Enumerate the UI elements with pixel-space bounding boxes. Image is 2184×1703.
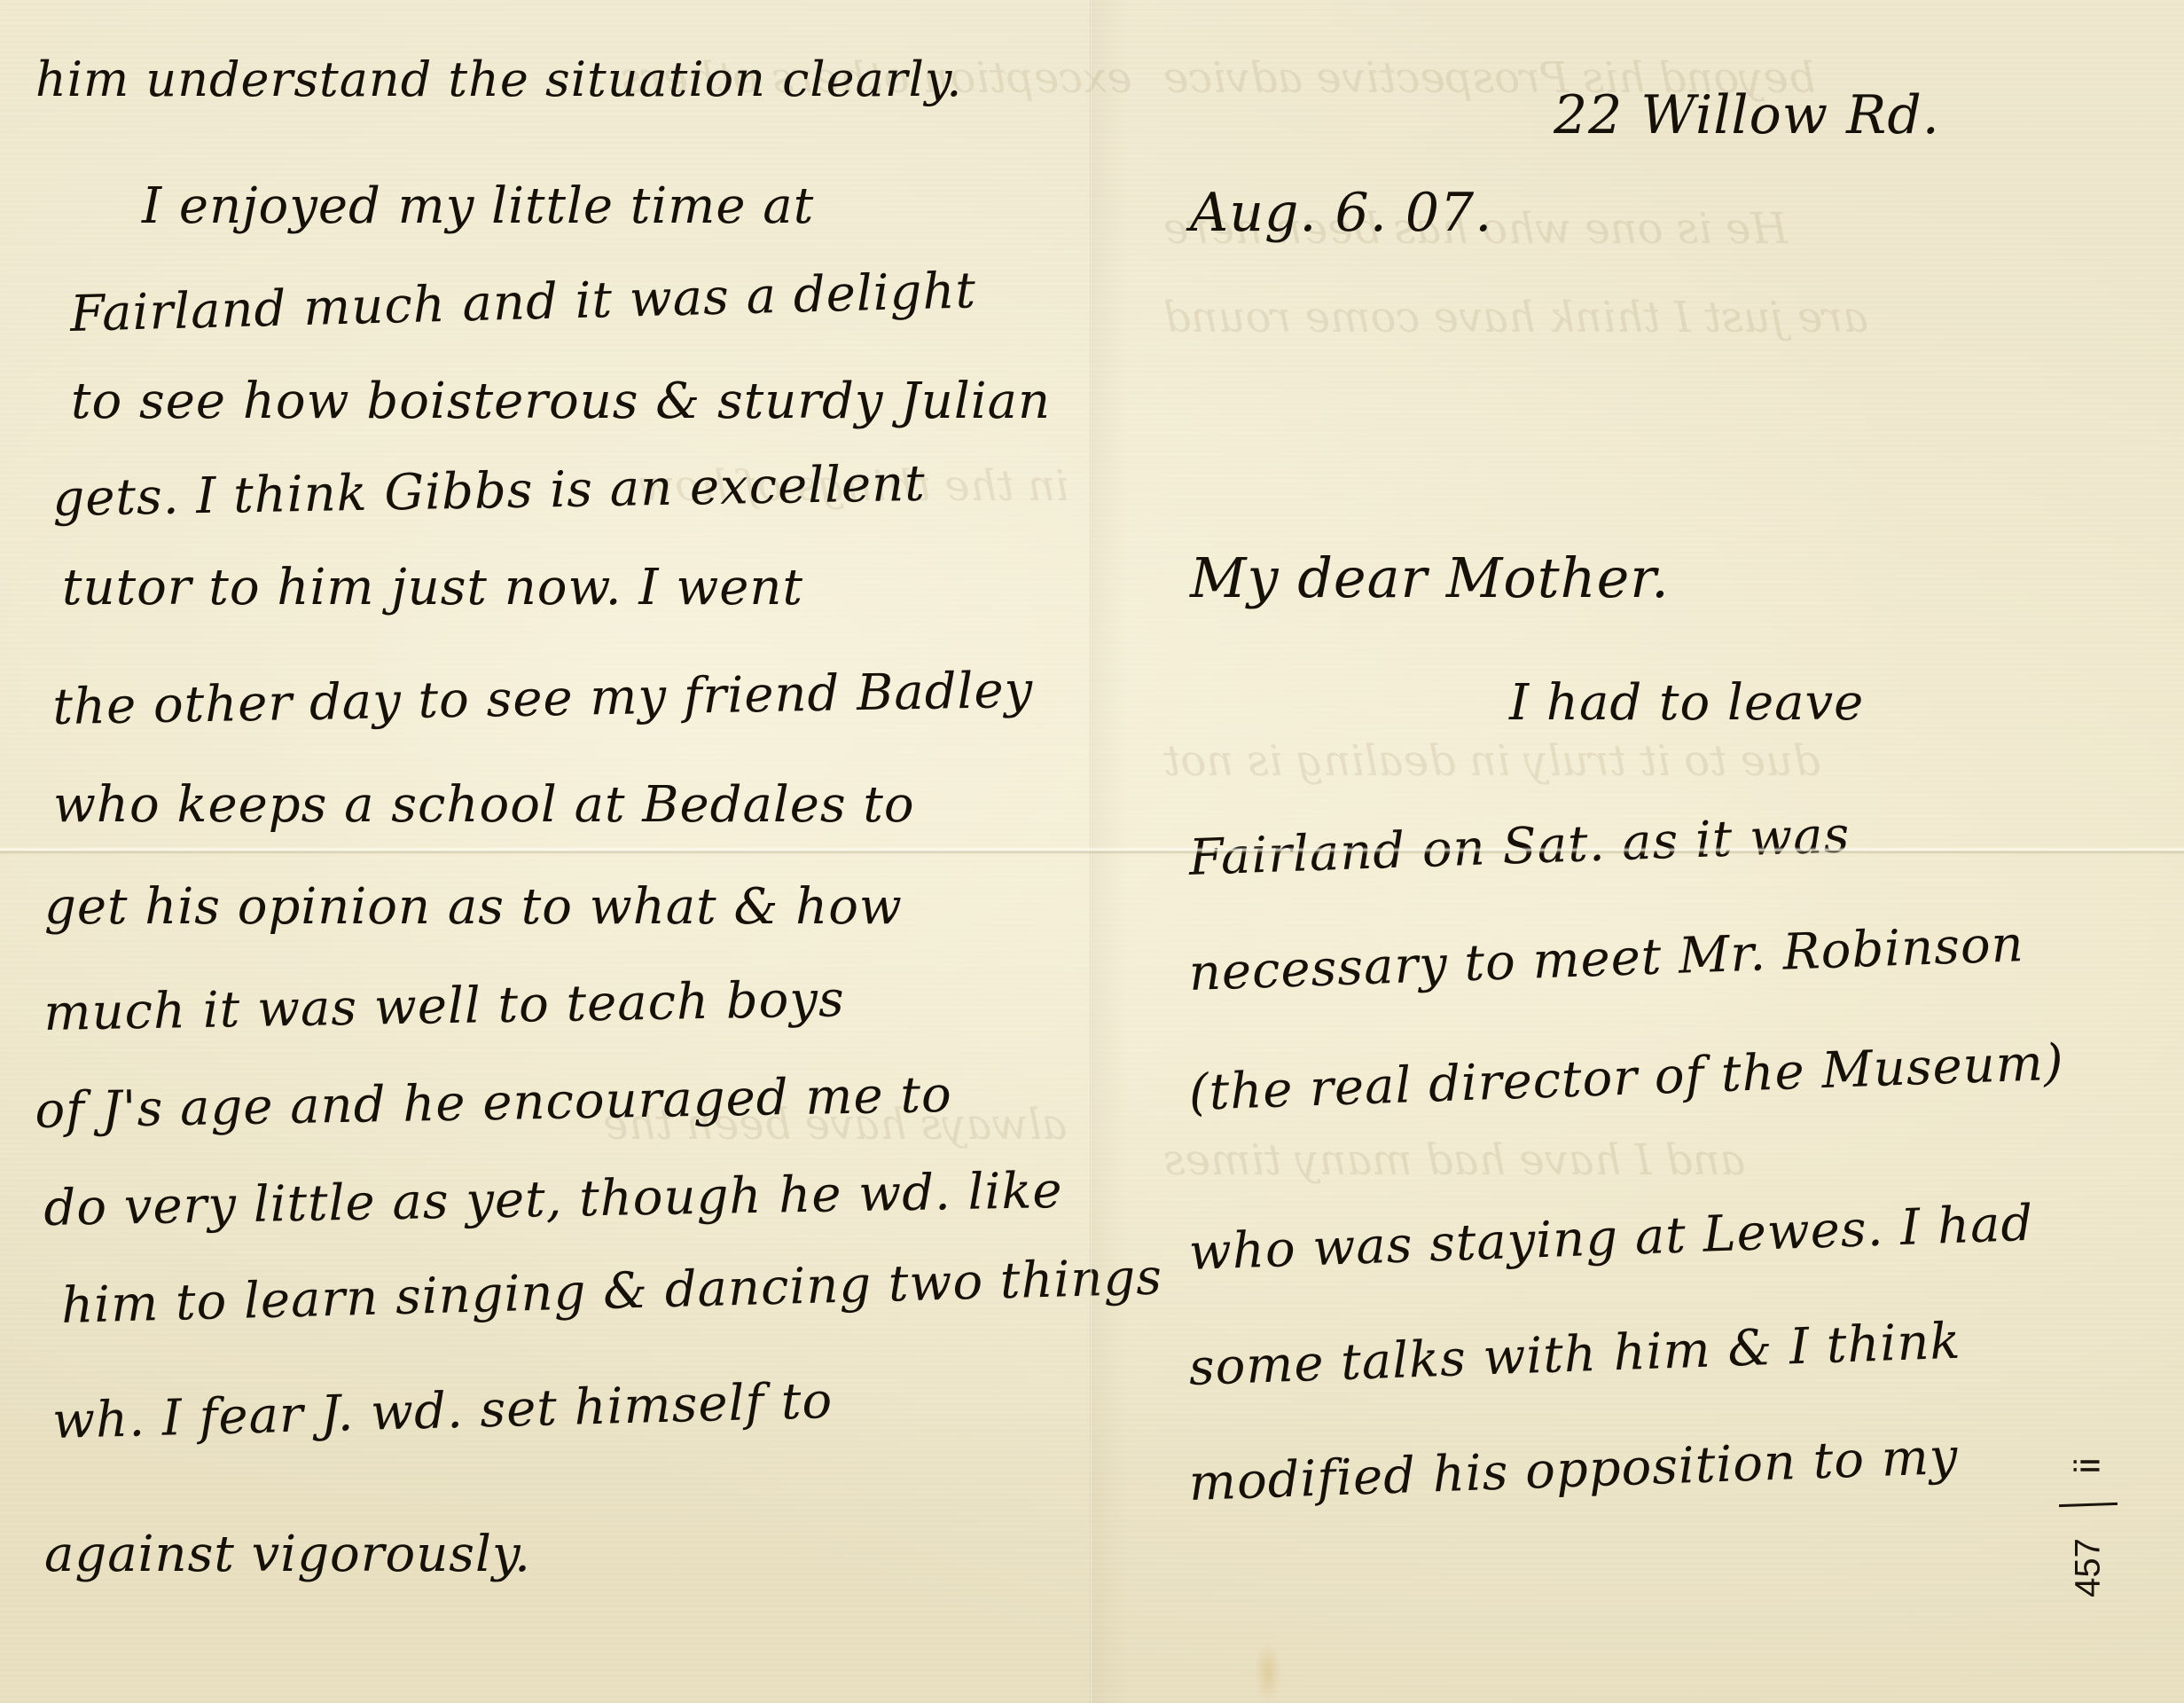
letter-line: against vigorously.	[44, 1526, 531, 1583]
bleed-through-text: are just I think have come round	[1163, 293, 1868, 342]
letter-line: do very little as yet, though he wd. lik…	[43, 1162, 1063, 1237]
letter-line: him to learn singing & dancing two thing…	[60, 1249, 1162, 1335]
letter-line: some talks with him & I think	[1188, 1313, 1962, 1397]
letter-line: who keeps a school at Bedales to	[53, 776, 915, 834]
letter-line: Fairland much and it was a delight	[69, 262, 976, 343]
letter-line: I had to leave	[1509, 674, 1864, 732]
letter-line: (the real director of the Museum)	[1188, 1034, 2065, 1122]
letter-line: modified his opposition to my	[1188, 1428, 1960, 1512]
salutation: My dear Mother.	[1190, 545, 1670, 610]
letter-line: necessary to meet Mr. Robinson	[1188, 915, 2025, 1002]
letter-line: wh. I fear J. wd. set himself to	[51, 1372, 834, 1450]
letter-line: him understand the situation clearly.	[35, 51, 962, 107]
letter-line: I enjoyed my little time at	[142, 177, 814, 235]
archive-mark: ii 457	[2039, 1437, 2137, 1614]
address: 22 Willow Rd.	[1554, 84, 1940, 146]
bleed-through-text: and I have had many times	[1163, 1135, 1745, 1185]
archive-mark-top: ii	[2069, 1417, 2109, 1515]
horizontal-fold	[0, 847, 2184, 854]
paper-stain	[1255, 1641, 1281, 1703]
letter-line: gets. I think Gibbs is an excellent	[52, 455, 926, 528]
archive-mark-number: 457	[2069, 1519, 2109, 1617]
letter-line: the other day to see my friend Badley	[52, 662, 1034, 736]
letter-line: tutor to him just now. I went	[62, 559, 803, 616]
letter-line: who was staying at Lewes. I had	[1188, 1195, 2035, 1282]
letter-line: get his opinion as to what & how	[44, 878, 903, 936]
letter-line: much it was well to teach boys	[43, 970, 845, 1042]
bleed-through-text: due to it truly in dealing is not	[1163, 736, 1820, 786]
date: Aug. 6. 07.	[1190, 182, 1492, 244]
letter-scan: exception others others in the things of…	[0, 0, 2184, 1703]
letter-line: to see how boisterous & sturdy Julian	[71, 373, 1051, 430]
